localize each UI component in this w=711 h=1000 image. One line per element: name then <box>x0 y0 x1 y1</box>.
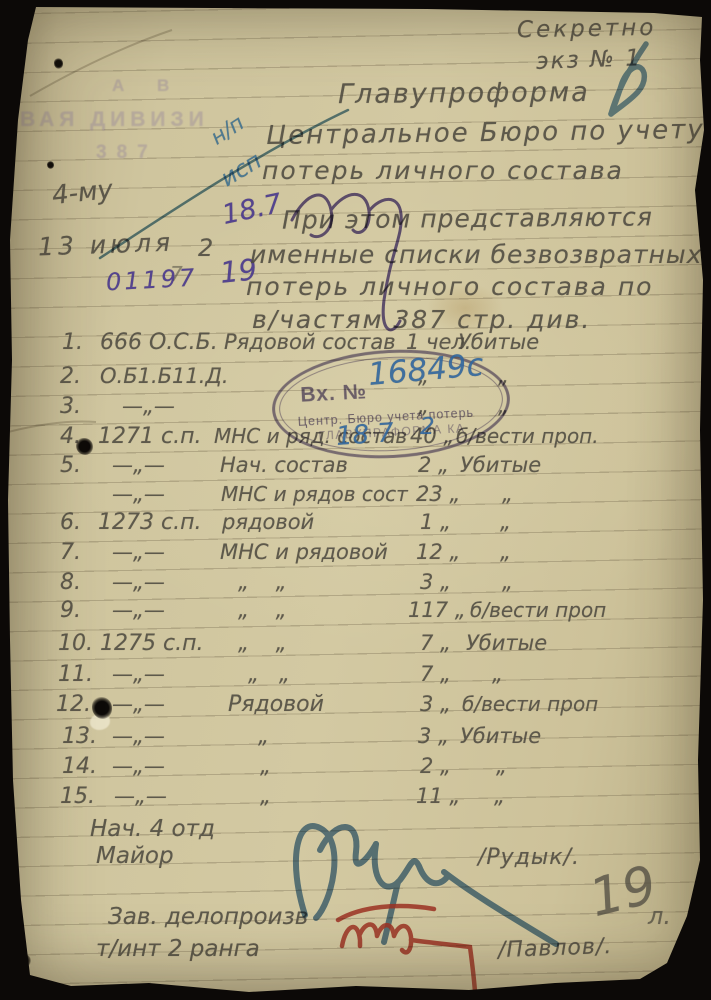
row-number: 10. <box>58 631 93 656</box>
row-unit: 1273 с.п. <box>98 510 201 535</box>
document-page: А В ВАЯ ДИВИЗИ 387 Секретно экз № 1 Глав… <box>0 0 711 1000</box>
row-unit: —„— <box>112 453 165 477</box>
signer1-post: Нач. 4 отд <box>90 816 215 842</box>
stamp-org-line2: ГЛАВУПРАФОРМА КА <box>318 421 466 443</box>
row-status: б/вести проп. <box>456 424 599 448</box>
row-number: 14. <box>62 754 97 779</box>
row-count: „ <box>418 364 429 388</box>
row-unit: О.Б1.Б11.Д. <box>100 364 229 388</box>
row-category: Рядовой <box>228 692 324 717</box>
row-category: „ „ <box>238 570 286 594</box>
row-status: „ <box>494 784 505 808</box>
row-number: 6. <box>60 510 81 535</box>
purple-mark-19: 19 <box>218 252 258 290</box>
row-unit: 666 О.С.Б. <box>100 330 218 355</box>
row-number: 12. <box>56 692 91 717</box>
row-count: 117 „ <box>408 598 466 622</box>
row-count: 3 „ <box>420 692 451 716</box>
row-count: 2 „ <box>420 754 451 778</box>
purple-date-note: 18.7 <box>219 188 284 231</box>
stamp-date-year: 2 <box>420 414 435 440</box>
row-number: 15. <box>60 784 95 809</box>
row-count: 7 „ <box>420 662 451 686</box>
paper-hole <box>54 58 63 69</box>
sheets-unit-note: л. <box>648 902 671 930</box>
row-category: Рядовой состав <box>224 330 396 354</box>
letterhead-stamp-line1: А В <box>112 76 183 96</box>
row-count: 12 „ <box>416 540 460 564</box>
header-line3: потерь личного состава <box>262 156 624 185</box>
stamp-org-line1: Центр. Бюро учета потерь <box>297 406 474 429</box>
row-number: 1. <box>62 330 83 355</box>
row-category: „ <box>258 724 269 748</box>
row-unit: —„— <box>112 570 165 594</box>
row-category: „ <box>260 754 271 778</box>
row-count: 3 „ <box>418 724 449 748</box>
incoming-stamp: Вх. № Центр. Бюро учета потерь ГЛАВУПРАФ… <box>269 344 512 464</box>
row-unit: —„— <box>112 724 165 748</box>
row-category: МНС и рядов сост <box>221 482 408 506</box>
row-count: „ <box>418 394 429 418</box>
row-unit: —„— <box>112 482 165 506</box>
blue-crayon-check-mark <box>611 44 646 114</box>
stamp-inbox-number: 16849с <box>367 347 485 393</box>
paper-hole <box>92 697 112 719</box>
row-unit: —„— <box>112 754 165 778</box>
row-number: 5. <box>60 453 81 478</box>
photo-background: { "document": { "classification": "Секре… <box>0 0 711 1000</box>
row-category: „ „ <box>238 598 286 622</box>
signer1-name: /Рудык/. <box>478 845 580 870</box>
signature-rudyk-autograph <box>296 826 556 944</box>
row-category: Нач. состав <box>220 453 348 477</box>
classification-label: Секретно <box>517 15 657 43</box>
copy-number: экз № 1 <box>536 45 643 75</box>
header-line2: Центральное Бюро по учету <box>266 115 705 151</box>
header-line1: Главупроформа <box>338 77 590 110</box>
row-category: „ <box>260 784 271 808</box>
signer1-rank: Майор <box>96 843 174 869</box>
row-status: „ <box>492 662 503 686</box>
crease-lines <box>8 30 172 432</box>
row-status: „ <box>500 510 511 534</box>
row-number: 9. <box>60 598 81 623</box>
row-count: 3 „ <box>420 570 451 594</box>
row-count: 23 „ <box>416 482 460 506</box>
margin-date: 13 июля <box>38 228 175 262</box>
row-count: 11 „ <box>416 784 460 808</box>
row-category: „ „ <box>238 631 286 655</box>
row-unit: —„— <box>112 598 165 622</box>
signer2-name: /Павлов/. <box>498 934 613 963</box>
row-category: МНС и ряд. состав <box>214 424 407 448</box>
row-number: 8. <box>60 570 81 595</box>
row-status: „ <box>496 754 507 778</box>
row-unit: —„— <box>112 692 165 716</box>
stamp-inbox-label: Вх. № <box>300 380 368 407</box>
row-unit: —„— <box>114 784 167 808</box>
paper-hole <box>16 954 31 967</box>
row-status: „ <box>500 540 511 564</box>
signer2-rank: т/инт 2 ранга <box>96 936 260 962</box>
row-status: Убитые <box>466 631 547 655</box>
margin-addressee: 4-му <box>51 175 115 211</box>
row-status: „ <box>498 394 509 418</box>
row-category: МНС и рядовой <box>220 540 388 564</box>
resolution-stroke <box>100 110 348 258</box>
margin-date-year: 2 <box>198 234 213 262</box>
row-unit: —„— <box>112 540 165 564</box>
paper-chip <box>90 714 110 730</box>
row-category: рядовой <box>222 510 314 534</box>
resolution-note-bottom: исп <box>216 148 266 192</box>
row-status: „ <box>502 570 513 594</box>
row-status: б/вести проп <box>470 598 606 622</box>
row-number: 2. <box>60 364 81 389</box>
row-unit: 1271 с.п. <box>98 424 201 449</box>
incoming-stamp-inner-border <box>277 351 506 457</box>
body-line2: именные списки безвозвратных <box>250 240 702 269</box>
purple-scribble <box>292 194 401 329</box>
ink-strokes-overlay <box>0 0 711 1000</box>
sheets-count-note: 19 <box>584 855 663 929</box>
paper-hole <box>76 438 93 455</box>
signature-pavlov-autograph <box>338 906 475 992</box>
margin-outgoing-number: 01197 <box>105 264 198 297</box>
row-status: Убитые <box>458 330 539 354</box>
row-unit: —„— <box>122 394 175 418</box>
row-unit: —„— <box>112 662 165 686</box>
row-unit: 1275 с.п. <box>100 631 203 656</box>
resolution-note-top: н/п <box>206 111 248 150</box>
letterhead-stamp-line2: ВАЯ ДИВИЗИ <box>20 108 209 132</box>
row-number: 3. <box>60 394 81 419</box>
paper-hole <box>47 161 54 169</box>
row-count: 7 „ <box>420 631 451 655</box>
margin-mark-7: 7 <box>170 262 183 286</box>
row-status: б/вести проп <box>462 692 598 716</box>
row-count: 1 „ <box>420 510 451 534</box>
body-line1: При этом представляются <box>282 202 653 234</box>
body-line4: в/частям 387 стр. див. <box>252 305 591 334</box>
row-status: Убитые <box>460 724 541 748</box>
row-count: 40 „ <box>410 424 454 448</box>
row-count: 1 чел. <box>406 330 471 354</box>
row-status: Убитые <box>460 453 541 477</box>
row-number: 13. <box>62 724 97 749</box>
row-count: 2 „ <box>418 453 449 477</box>
row-status: „ <box>502 482 513 506</box>
letterhead-stamp-line3: 387 <box>96 142 158 164</box>
signer2-post: Зав. делопроизв <box>108 904 308 930</box>
stamp-date: 18 7 <box>335 418 395 452</box>
row-category: „ „ <box>248 662 290 686</box>
body-line3: потерь личного состава по <box>246 272 653 301</box>
row-number: 11. <box>58 662 93 687</box>
row-number: 7. <box>60 540 81 565</box>
row-number: 4. <box>60 424 81 449</box>
row-status: „ <box>498 364 509 388</box>
